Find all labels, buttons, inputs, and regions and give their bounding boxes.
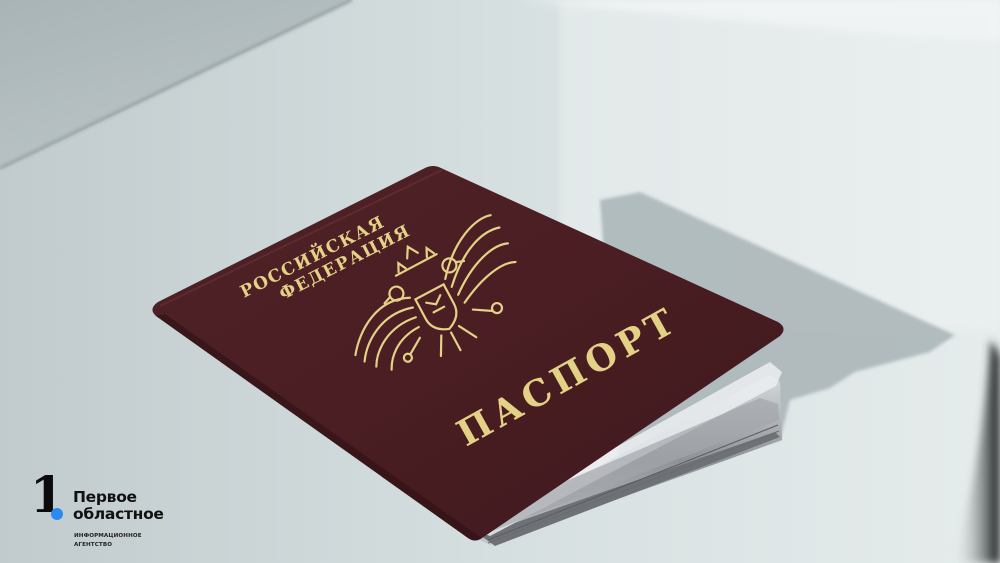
logo-dot-icon xyxy=(51,508,63,520)
logo-name: Первое областное xyxy=(73,489,164,523)
photo-scene: РОССИЙСКАЯ ФЕДЕРАЦИЯ ПАСПОРТ xyxy=(0,0,1000,563)
logo-subtitle-line1: ИНФОРМАЦИОННОЕ xyxy=(74,532,142,541)
logo-name-line1: Первое xyxy=(73,489,164,506)
logo-subtitle: ИНФОРМАЦИОННОЕ АГЕНТСТВО xyxy=(74,532,142,549)
logo-name-line2: областное xyxy=(73,506,164,523)
logo-subtitle-line2: АГЕНТСТВО xyxy=(74,541,142,550)
watermark-logo: 1 Первое областное ИНФОРМАЦИОННОЕ АГЕНТС… xyxy=(28,476,228,556)
